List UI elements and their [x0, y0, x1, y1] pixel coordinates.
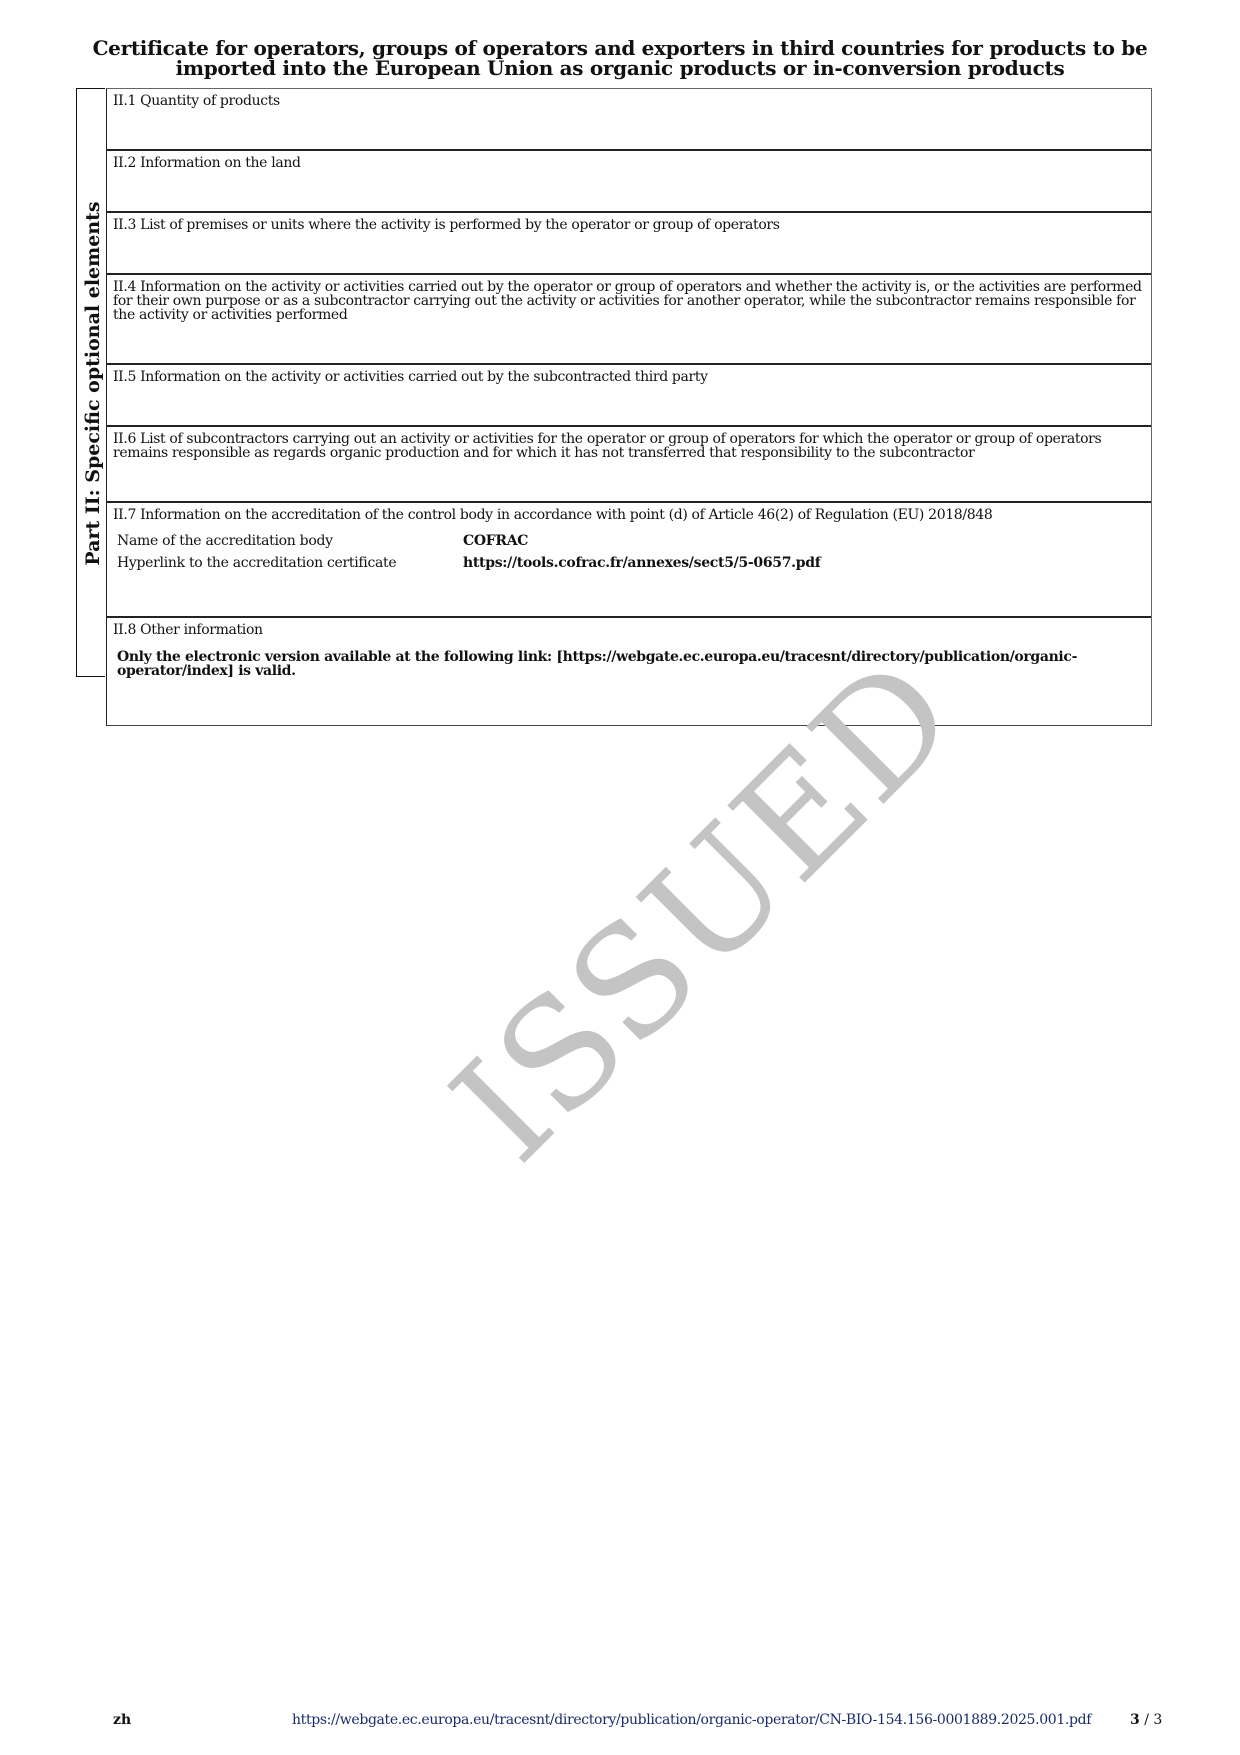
section-label: II.2 Information on the land [113, 156, 1145, 170]
section-ii-5: II.5 Information on the activity or acti… [107, 365, 1151, 427]
section-ii-3: II.3 List of premises or units where the… [107, 213, 1151, 275]
accreditation-certificate-link[interactable]: https://tools.cofrac.fr/annexes/sect5/5-… [463, 552, 820, 574]
page-total: 3 [1153, 1712, 1162, 1728]
part-ii-side-label-box: Part II: Specific optional elements [76, 88, 105, 677]
accreditation-body-row: Name of the accreditation body COFRAC [113, 530, 1145, 552]
field-key: Hyperlink to the accreditation certifica… [117, 552, 463, 574]
validity-note: Only the electronic version available at… [113, 650, 1145, 678]
section-label: II.5 Information on the activity or acti… [113, 370, 1145, 384]
page-separator: / [1140, 1712, 1154, 1728]
part-ii-table: II.1 Quantity of products II.2 Informati… [106, 88, 1152, 726]
section-ii-2: II.2 Information on the land [107, 151, 1151, 213]
language-code: zh [113, 1712, 131, 1728]
section-label: II.6 List of subcontractors carrying out… [113, 432, 1145, 460]
title-line-1: Certificate for operators, groups of ope… [90, 38, 1150, 58]
accreditation-link-row: Hyperlink to the accreditation certifica… [113, 552, 1145, 574]
section-label: II.1 Quantity of products [113, 94, 1145, 108]
page-current: 3 [1130, 1712, 1140, 1728]
publication-url-link[interactable]: https://webgate.ec.europa.eu/tracesnt/di… [292, 1712, 1091, 1728]
section-ii-7: II.7 Information on the accreditation of… [107, 503, 1151, 618]
accreditation-body-value: COFRAC [463, 530, 528, 552]
section-ii-4: II.4 Information on the activity or acti… [107, 275, 1151, 365]
section-label: II.7 Information on the accreditation of… [113, 508, 1145, 522]
accreditation-fields: Name of the accreditation body COFRAC Hy… [113, 530, 1145, 574]
page-number: 3 / 3 [1130, 1712, 1162, 1728]
section-ii-1: II.1 Quantity of products [107, 89, 1151, 151]
section-ii-8: II.8 Other information Only the electron… [107, 618, 1151, 725]
document-title: Certificate for operators, groups of ope… [90, 38, 1150, 78]
part-ii-side-label: Part II: Specific optional elements [79, 89, 108, 678]
section-label: II.8 Other information [113, 623, 1145, 637]
section-label: II.4 Information on the activity or acti… [113, 280, 1145, 322]
section-ii-6: II.6 List of subcontractors carrying out… [107, 427, 1151, 503]
section-label: II.3 List of premises or units where the… [113, 218, 1145, 232]
field-key: Name of the accreditation body [117, 530, 463, 552]
title-line-2: imported into the European Union as orga… [90, 58, 1150, 78]
